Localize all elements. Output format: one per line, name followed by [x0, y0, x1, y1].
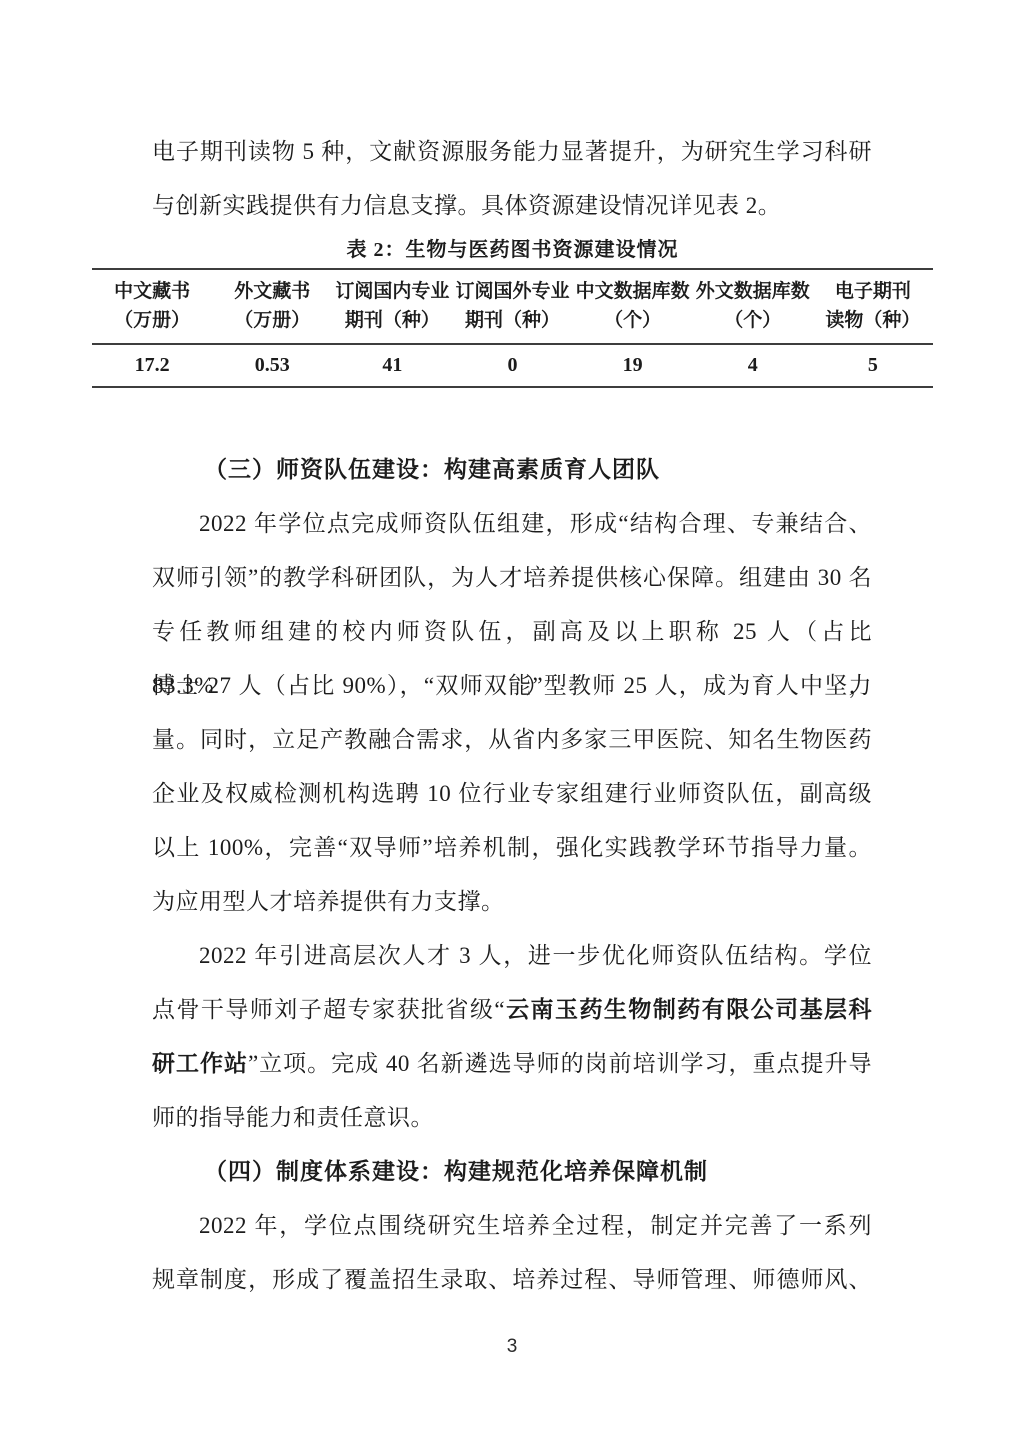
- header-line-1: 中文数据库数: [573, 277, 693, 306]
- text-line: 2022 年，学位点围绕研究生培养全过程，制定并完善了一系列: [152, 1199, 872, 1253]
- text-line: 研工作站”立项。完成 40 名新遴选导师的岗前培训学习，重点提升导: [152, 1037, 872, 1091]
- text-line: 与创新实践提供有力信息支撑。具体资源建设情况详见表 2。: [152, 179, 872, 233]
- text-line: 2022 年学位点完成师资队伍组建，形成“结构合理、专兼结合、: [152, 497, 872, 551]
- header-line-1: 外文数据库数: [693, 277, 813, 306]
- text-line: 2022 年引进高层次人才 3 人，进一步优化师资队伍结构。学位: [152, 929, 872, 983]
- header-line-2: 期刊（种）: [332, 306, 452, 335]
- bold-text-segment: 研工作站: [152, 1051, 248, 1076]
- table-data-row: 17.20.534101945: [92, 345, 933, 386]
- section-three-paragraph-1: 2022 年学位点完成师资队伍组建，形成“结构合理、专兼结合、双师引领”的教学科…: [152, 497, 872, 929]
- text-line: 博士 27 人（占比 90%），“双师双能”型教师 25 人，成为育人中坚力: [152, 659, 872, 713]
- text-segment: 博士 27 人（占比 90%），“双师双能”型教师 25 人，成为育人中坚力: [152, 673, 872, 698]
- table-value-cell: 4: [693, 345, 813, 386]
- table-header-cell: 中文藏书（万册）: [92, 277, 212, 335]
- header-line-2: （万册）: [92, 306, 212, 335]
- text-line: 师的指导能力和责任意识。: [152, 1091, 872, 1145]
- table-value-cell: 0.53: [212, 345, 332, 386]
- section-three-heading: （三）师资队伍建设：构建高素质育人团队: [152, 443, 872, 497]
- text-segment: 2022 年引进高层次人才 3 人，进一步优化师资队伍结构。学位: [199, 943, 872, 968]
- text-line: 点骨干导师刘子超专家获批省级“云南玉药生物制药有限公司基层科: [152, 983, 872, 1037]
- page-number: 3: [0, 1336, 1024, 1358]
- table-value-cell: 41: [332, 345, 452, 386]
- text-line: 为应用型人才培养提供有力支撑。: [152, 875, 872, 929]
- table-value-cell: 17.2: [92, 345, 212, 386]
- text-segment: 双师引领”的教学科研团队，为人才培养提供核心保障。组建由 30 名: [152, 565, 872, 590]
- text-line: 双师引领”的教学科研团队，为人才培养提供核心保障。组建由 30 名: [152, 551, 872, 605]
- table-header-cell: 中文数据库数（个）: [573, 277, 693, 335]
- table-header-cell: 外文藏书（万册）: [212, 277, 332, 335]
- table-header-cell: 订阅国内专业期刊（种）: [332, 277, 452, 335]
- text-line: 规章制度，形成了覆盖招生录取、培养过程、导师管理、师德师风、: [152, 1253, 872, 1307]
- text-segment: 企业及权威检测机构选聘 10 位行业专家组建行业师资队伍，副高级: [152, 781, 872, 806]
- text-segment: 以上 100%，完善“双导师”培养机制，强化实践教学环节指导力量。: [152, 835, 872, 860]
- text-segment: 与创新实践提供有力信息支撑。具体资源建设情况详见表 2。: [152, 193, 781, 218]
- table-value-cell: 19: [573, 345, 693, 386]
- resource-table: 中文藏书（万册）外文藏书（万册）订阅国内专业期刊（种）订阅国外专业期刊（种）中文…: [92, 268, 933, 388]
- header-line-2: 期刊（种）: [452, 306, 572, 335]
- header-line-1: 订阅国外专业: [452, 277, 572, 306]
- text-line: 以上 100%，完善“双导师”培养机制，强化实践教学环节指导力量。: [152, 821, 872, 875]
- header-line-2: （万册）: [212, 306, 332, 335]
- text-segment: 2022 年，学位点围绕研究生培养全过程，制定并完善了一系列: [199, 1213, 872, 1238]
- document-page: 电子期刊读物 5 种，文献资源服务能力显著提升，为研究生学习科研与创新实践提供有…: [0, 0, 1024, 1448]
- header-line-2: （个）: [693, 306, 813, 335]
- text-line: 量。同时，立足产教融合需求，从省内多家三甲医院、知名生物医药: [152, 713, 872, 767]
- text-line: 企业及权威检测机构选聘 10 位行业专家组建行业师资队伍，副高级: [152, 767, 872, 821]
- text-segment: 师的指导能力和责任意识。: [152, 1105, 434, 1130]
- bold-text-segment: 云南玉药生物制药有限公司基层科: [505, 997, 872, 1022]
- text-line: 专任教师组建的校内师资队伍，副高及以上职称 25 人（占比 83.3%），: [152, 605, 872, 659]
- section-three-paragraph-2: 2022 年引进高层次人才 3 人，进一步优化师资队伍结构。学位点骨干导师刘子超…: [152, 929, 872, 1145]
- text-segment: 2022 年学位点完成师资队伍组建，形成“结构合理、专兼结合、: [199, 511, 872, 536]
- text-segment: 电子期刊读物 5 种，文献资源服务能力显著提升，为研究生学习科研: [152, 139, 872, 164]
- text-segment: 为应用型人才培养提供有力支撑。: [152, 889, 505, 914]
- table-caption: 表 2：生物与医药图书资源建设情况: [92, 233, 933, 262]
- text-segment: 点骨干导师刘子超专家获批省级“: [152, 997, 505, 1022]
- header-line-2: （个）: [573, 306, 693, 335]
- text-segment: ”立项。完成 40 名新遴选导师的岗前培训学习，重点提升导: [248, 1051, 872, 1076]
- intro-paragraph: 电子期刊读物 5 种，文献资源服务能力显著提升，为研究生学习科研与创新实践提供有…: [152, 125, 872, 233]
- table-header-cell: 电子期刊读物（种）: [813, 277, 933, 335]
- text-segment: 量。同时，立足产教融合需求，从省内多家三甲医院、知名生物医药: [152, 727, 872, 752]
- table-value-cell: 5: [813, 345, 933, 386]
- section-four-paragraph: 2022 年，学位点围绕研究生培养全过程，制定并完善了一系列规章制度，形成了覆盖…: [152, 1199, 872, 1307]
- table-header-cell: 外文数据库数（个）: [693, 277, 813, 335]
- section-four-heading: （四）制度体系建设：构建规范化培养保障机制: [152, 1145, 872, 1199]
- header-line-1: 订阅国内专业: [332, 277, 452, 306]
- header-line-1: 中文藏书: [92, 277, 212, 306]
- table-value-cell: 0: [452, 345, 572, 386]
- header-line-1: 外文藏书: [212, 277, 332, 306]
- text-segment: 规章制度，形成了覆盖招生录取、培养过程、导师管理、师德师风、: [152, 1267, 872, 1292]
- header-line-1: 电子期刊: [813, 277, 933, 306]
- header-line-2: 读物（种）: [813, 306, 933, 335]
- table-header-row: 中文藏书（万册）外文藏书（万册）订阅国内专业期刊（种）订阅国外专业期刊（种）中文…: [92, 270, 933, 345]
- table-header-cell: 订阅国外专业期刊（种）: [452, 277, 572, 335]
- text-line: 电子期刊读物 5 种，文献资源服务能力显著提升，为研究生学习科研: [152, 125, 872, 179]
